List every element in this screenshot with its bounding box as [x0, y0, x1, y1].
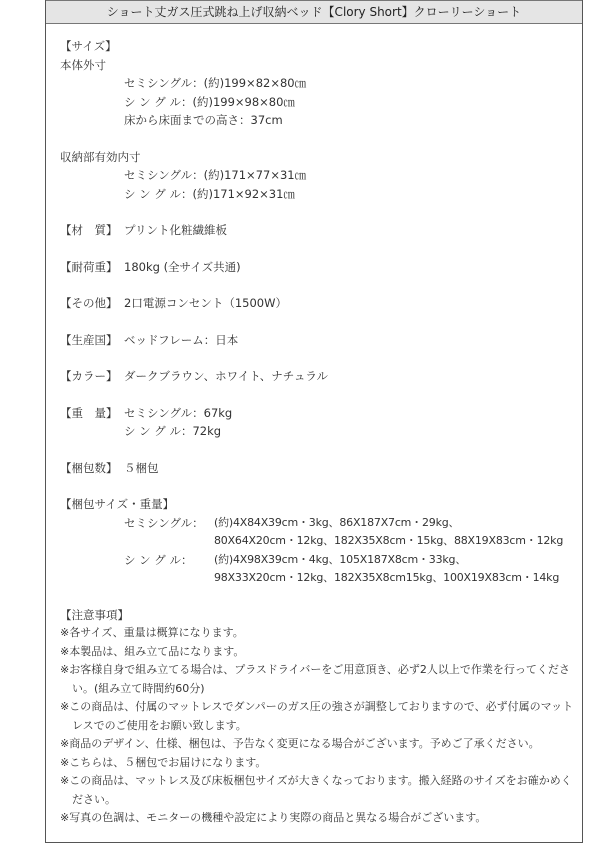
outer-semi-single: セミシングル：(約)199×82×80㎝ — [60, 74, 574, 93]
spec-load-capacity: 【耐荷重】 180kg (全サイズ共通) — [60, 258, 574, 277]
storage-dimensions-label: 収納部有効内寸 — [60, 148, 574, 167]
spec-label: 【材 質】 — [60, 221, 124, 240]
spec-value: 180kg (全サイズ共通) — [124, 258, 574, 277]
note-item: ※この商品は、マットレス及び床板梱包サイズが大きくなっております。搬入経路のサイ… — [60, 772, 574, 809]
size-heading: 【サイズ】 — [60, 37, 574, 56]
note-item: ※こちらは、５梱包でお届けになります。 — [60, 754, 574, 773]
spec-origin: 【生産国】 ベッドフレーム：日本 — [60, 331, 574, 350]
storage-single: シ ン グ ル：(約)171×92×31㎝ — [60, 185, 574, 204]
spec-label: 【耐荷重】 — [60, 258, 124, 277]
spec-color: 【カラー】 ダークブラウン、ホワイト、ナチュラル — [60, 367, 574, 386]
package-semi-single-cont: 80X64X20cm・12kg、182X35X8cm・15kg、88X19X83… — [60, 532, 574, 551]
spec-value: プリント化粧繊維板 — [124, 221, 574, 240]
package-value: (約)4X84X39cm・3kg、86X187X7cm・29kg、 — [214, 514, 574, 533]
package-label: シ ン グ ル： — [60, 551, 214, 570]
spec-package-count: 【梱包数】 ５梱包 — [60, 459, 574, 478]
note-item: ※写真の色調は、モニターの機種や設定により実際の商品と異なる場合がございます。 — [60, 809, 574, 828]
spec-value: 2口電源コンセント（1500W） — [124, 294, 574, 313]
spec-value: ５梱包 — [124, 459, 574, 478]
spec-label: 【重 量】 — [60, 404, 124, 423]
spec-value: セミシングル：67kg — [124, 404, 574, 423]
spec-label: 【梱包数】 — [60, 459, 124, 478]
spec-weight: 【重 量】 セミシングル：67kg — [60, 404, 574, 423]
note-item: ※各サイズ、重量は概算になります。 — [60, 624, 574, 643]
package-label: セミシングル： — [60, 514, 214, 533]
spec-label: 【生産国】 — [60, 331, 124, 350]
spec-value: ダークブラウン、ホワイト、ナチュラル — [124, 367, 574, 386]
note-item: ※商品のデザイン、仕様、梱包は、予告なく変更になる場合がございます。予めご了承く… — [60, 735, 574, 754]
spec-material: 【材 質】 プリント化粧繊維板 — [60, 221, 574, 240]
spec-table: ショート丈ガス圧式跳ね上げ収納ベッド【Clory Short】クローリーショート… — [45, 0, 583, 843]
package-size-heading: 【梱包サイズ・重量】 — [60, 495, 574, 514]
outer-single: シ ン グ ル：(約)199×98×80㎝ — [60, 93, 574, 112]
package-single-cont: 98X33X20cm・12kg、182X35X8cm15kg、100X19X83… — [60, 569, 574, 588]
note-item: ※お客様自身で組み立てる場合は、プラスドライバーをご用意頂き、必ず2人以上で作業… — [60, 661, 574, 698]
product-title: ショート丈ガス圧式跳ね上げ収納ベッド【Clory Short】クローリーショート — [46, 0, 582, 24]
weight-single: シ ン グ ル：72kg — [60, 422, 574, 441]
package-value: (約)4X98X39cm・4kg、105X187X8cm・33kg、 — [214, 551, 574, 570]
notes-heading: 【注意事項】 — [60, 606, 574, 625]
spec-value: ベッドフレーム：日本 — [124, 331, 574, 350]
note-item: ※本製品は、組み立て品になります。 — [60, 643, 574, 662]
outer-dimensions-label: 本体外寸 — [60, 56, 574, 75]
spec-label: 【その他】 — [60, 294, 124, 313]
package-single: シ ン グ ル： (約)4X98X39cm・4kg、105X187X8cm・33… — [60, 551, 574, 570]
spec-body: 【サイズ】 本体外寸 セミシングル：(約)199×82×80㎝ シ ン グ ル：… — [60, 37, 574, 828]
spec-other: 【その他】 2口電源コンセント（1500W） — [60, 294, 574, 313]
floor-height: 床から床面までの高さ：37cm — [60, 111, 574, 130]
package-semi-single: セミシングル： (約)4X84X39cm・3kg、86X187X7cm・29kg… — [60, 514, 574, 533]
storage-semi-single: セミシングル：(約)171×77×31㎝ — [60, 166, 574, 185]
note-item: ※この商品は、付属のマットレスでダンパーのガス圧の強さが調整しておりますので、必… — [60, 698, 574, 735]
spec-label: 【カラー】 — [60, 367, 124, 386]
